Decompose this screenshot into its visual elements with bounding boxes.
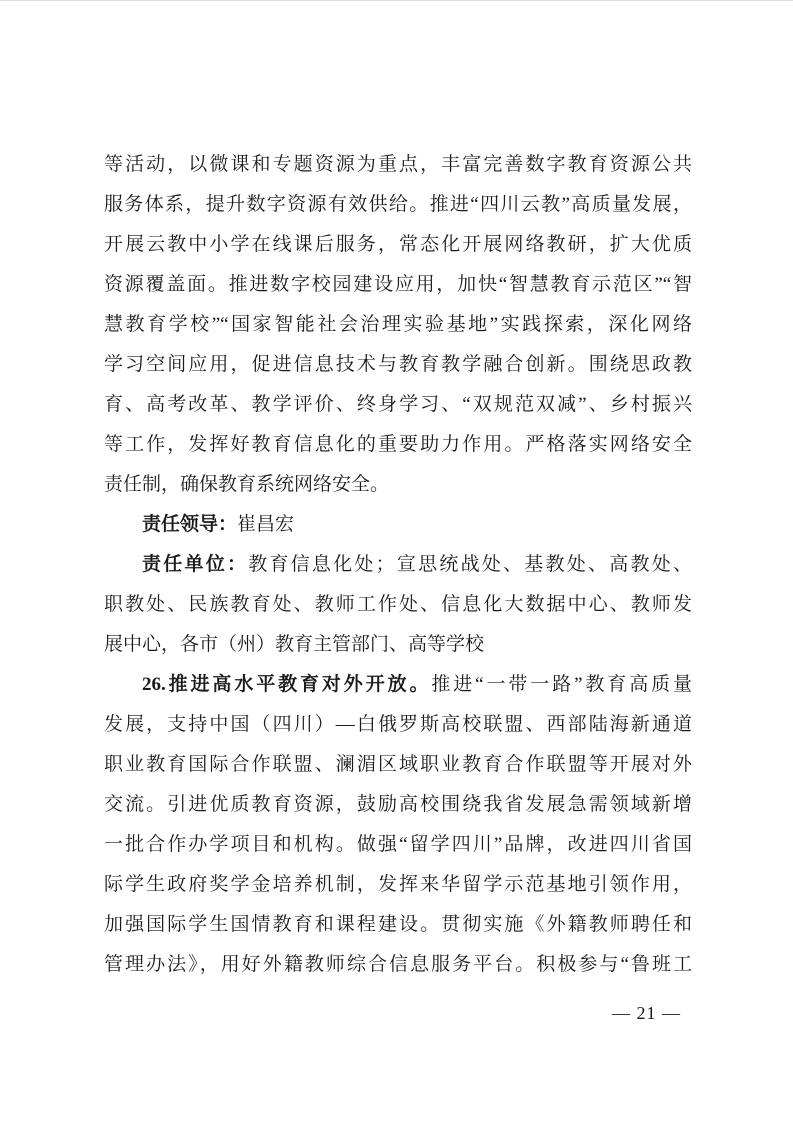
text-run: 一批合作办学项目和机构。做强“留学四川”品牌，改进四川省国 — [104, 834, 692, 855]
text-run: 职业教育国际合作联盟、澜湄区域职业教育合作联盟等开展对外 — [104, 754, 692, 775]
text-run: 慧教育学校”“国家智能社会治理实验基地”实践探索，深化网络 — [104, 314, 692, 335]
text-run: 际学生政府奖学金培养机制，发挥来华留学示范基地引领作用， — [104, 874, 692, 895]
text-run: 责任制，确保教育系统网络安全。 — [104, 474, 389, 495]
text-line: 开展云教中小学在线课后服务，常态化开展网络教研，扩大优质 — [104, 225, 692, 265]
document-page: 等活动，以微课和专题资源为重点，丰富完善数字教育资源公共服务体系，提升数字资源有… — [0, 0, 793, 1122]
text-run: 崔昌宏 — [237, 514, 294, 535]
text-run: 发展，支持中国（四川）—白俄罗斯高校联盟、西部陆海新通道 — [104, 714, 692, 735]
text-line: 等工作，发挥好教育信息化的重要助力作用。严格落实网络安全 — [104, 425, 692, 465]
text-line: 加强国际学生国情教育和课程建设。贯彻实施《外籍教师聘任和 — [104, 905, 692, 945]
bold-text-run: 责任领导： — [142, 514, 237, 535]
text-run: 展中心，各市（州）教育主管部门、高等学校 — [104, 634, 484, 655]
text-line: 职业教育国际合作联盟、澜湄区域职业教育合作联盟等开展对外 — [104, 745, 692, 785]
text-line: 责任制，确保教育系统网络安全。 — [104, 465, 692, 505]
bold-text-run: 责任单位： — [142, 554, 248, 575]
text-run: 加强国际学生国情教育和课程建设。贯彻实施《外籍教师聘任和 — [104, 914, 692, 935]
text-run: 学习空间应用，促进信息技术与教育教学融合创新。围绕思政教 — [104, 354, 692, 375]
text-run: 开展云教中小学在线课后服务，常态化开展网络教研，扩大优质 — [104, 234, 692, 255]
text-run: 等工作，发挥好教育信息化的重要助力作用。严格落实网络安全 — [104, 434, 692, 455]
text-line: 职教处、民族教育处、教师工作处、信息化大数据中心、教师发 — [104, 585, 692, 625]
text-line: 资源覆盖面。推进数字校园建设应用，加快“智慧教育示范区”“智 — [104, 265, 692, 305]
text-line: 管理办法》，用好外籍教师综合信息服务平台。积极参与“鲁班工 — [104, 945, 692, 985]
text-line: 责任单位：教育信息化处；宣思统战处、基教处、高教处、 — [104, 545, 692, 585]
text-line: 慧教育学校”“国家智能社会治理实验基地”实践探索，深化网络 — [104, 305, 692, 345]
text-run: 育、高考改革、教学评价、终身学习、“双规范双减”、乡村振兴 — [104, 394, 692, 415]
text-run: 交流。引进优质教育资源，鼓励高校围绕我省发展急需领域新增 — [104, 794, 692, 815]
text-line: 交流。引进优质教育资源，鼓励高校围绕我省发展急需领域新增 — [104, 785, 692, 825]
text-run: 教育信息化处；宣思统战处、基教处、高教处、 — [248, 554, 692, 575]
text-run: 等活动，以微课和专题资源为重点，丰富完善数字教育资源公共 — [104, 154, 692, 175]
text-line: 发展，支持中国（四川）—白俄罗斯高校联盟、西部陆海新通道 — [104, 705, 692, 745]
text-run: 推进“一带一路”教育高质量 — [431, 674, 692, 695]
text-line: 服务体系，提升数字资源有效供给。推进“四川云教”高质量发展， — [104, 185, 692, 225]
text-line: 育、高考改革、教学评价、终身学习、“双规范双减”、乡村振兴 — [104, 385, 692, 425]
text-line: 学习空间应用，促进信息技术与教育教学融合创新。围绕思政教 — [104, 345, 692, 385]
text-run: 服务体系，提升数字资源有效供给。推进“四川云教”高质量发展， — [104, 194, 692, 215]
text-line: 一批合作办学项目和机构。做强“留学四川”品牌，改进四川省国 — [104, 825, 692, 865]
text-line: 等活动，以微课和专题资源为重点，丰富完善数字教育资源公共 — [104, 145, 692, 185]
text-line: 责任领导：崔昌宏 — [104, 505, 692, 545]
bold-text-run: 26.推进高水平教育对外开放。 — [142, 674, 431, 695]
text-run: 管理办法》，用好外籍教师综合信息服务平台。积极参与“鲁班工 — [104, 954, 692, 975]
text-line: 26.推进高水平教育对外开放。推进“一带一路”教育高质量 — [104, 665, 692, 705]
page-number: — 21 — — [612, 1000, 681, 1026]
document-body: 等活动，以微课和专题资源为重点，丰富完善数字教育资源公共服务体系，提升数字资源有… — [104, 145, 692, 985]
text-line: 际学生政府奖学金培养机制，发挥来华留学示范基地引领作用， — [104, 865, 692, 905]
text-line: 展中心，各市（州）教育主管部门、高等学校 — [104, 625, 692, 665]
text-run: 职教处、民族教育处、教师工作处、信息化大数据中心、教师发 — [104, 594, 692, 615]
text-run: 资源覆盖面。推进数字校园建设应用，加快“智慧教育示范区”“智 — [104, 274, 692, 295]
